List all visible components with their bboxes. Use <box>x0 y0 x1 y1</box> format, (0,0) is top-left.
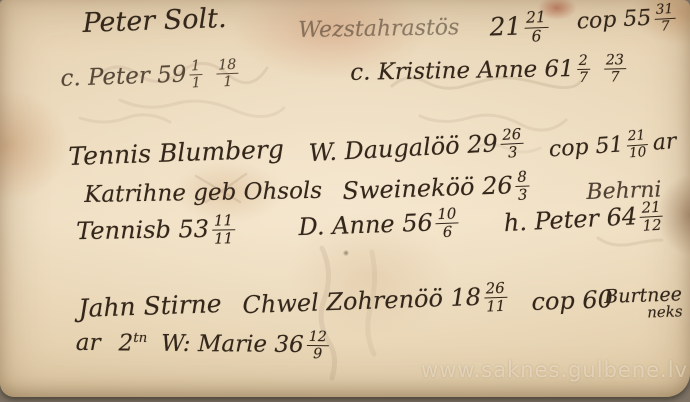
fraction: 106 <box>435 206 459 240</box>
child-record: c. Kristine Anne 6127237 <box>350 53 626 89</box>
fraction: 11 <box>189 59 203 91</box>
fraction-numerator: 11 <box>212 213 235 230</box>
place-text: Sweineköö 26 <box>342 171 513 205</box>
child-text: c. Peter 59 <box>60 61 187 91</box>
fraction: 27 <box>577 54 591 86</box>
cop-record: cop 60 <box>531 285 613 316</box>
second-wife-record: ar2tnW: Marie 36129 <box>76 328 329 362</box>
prefix-text: ar <box>76 330 101 356</box>
fraction-denominator: 12 <box>640 217 664 234</box>
fraction-numerator: 1 <box>189 59 203 76</box>
watermark: www.saknes.gulbene.lv <box>421 358 688 382</box>
fraction-numerator: 31 <box>654 3 676 20</box>
cop-text: cop 60 <box>531 285 613 316</box>
name-text: Peter Solt. <box>82 3 227 39</box>
fraction-numerator: 18 <box>216 58 239 75</box>
fraction: 83 <box>515 169 530 202</box>
wife-text: W: Marie 36 <box>161 331 304 358</box>
fraction: 181 <box>216 58 239 90</box>
wife-place-record: W. Daugalöö 29263 <box>308 127 525 171</box>
child-record: h. Peter 642112 <box>503 200 664 241</box>
occupation-text: Wezstahrastös <box>298 15 460 43</box>
ordinal-suffix: tn <box>133 331 147 346</box>
cop-suffix: ar <box>652 129 677 156</box>
fraction-denominator: 1 <box>189 75 203 91</box>
child-record: c. Peter 5911181 <box>60 58 239 96</box>
occupation: Wezstahrastös <box>298 15 460 43</box>
fraction-denominator: 1 <box>217 74 240 90</box>
fraction: 263 <box>500 127 525 161</box>
fraction-denominator: 7 <box>604 69 626 85</box>
fraction-denominator: 6 <box>436 223 459 240</box>
fraction-numerator: 8 <box>515 169 529 186</box>
fraction-denominator: 9 <box>307 346 329 361</box>
cop-record: cop 512110ar <box>548 127 677 166</box>
person-name: Jahn Stirne <box>78 289 222 323</box>
child-text: Tennisb 53 <box>76 215 209 245</box>
fraction-denominator: 11 <box>484 298 507 315</box>
fraction: 216 <box>524 10 549 45</box>
person-name: Peter Solt. <box>82 3 227 39</box>
manuscript-page: Peter Solt. Wezstahrastös 21216 cop 5531… <box>0 0 690 397</box>
fraction: 2110 <box>625 129 648 161</box>
fraction: 317 <box>654 3 677 34</box>
fraction: 2611 <box>484 281 508 315</box>
person-name: Tennis Blumberg <box>68 134 284 171</box>
number: 21 <box>489 11 522 41</box>
place-text: W. Daugalöö 29 <box>308 129 498 167</box>
cop-text: cop 55 <box>576 6 652 35</box>
fraction: 237 <box>604 53 627 85</box>
fraction-numerator: 26 <box>484 281 508 299</box>
fraction-denominator: 3 <box>501 144 525 161</box>
spouse-record: Chwel Zohrenöö 182611 <box>242 281 508 323</box>
wife-name: Katrihne geb Ohsols <box>84 178 322 208</box>
child-record: D. Anne 56106 <box>298 206 459 244</box>
child-record: Tennisb 531111 <box>76 213 235 249</box>
name-text: Tennis Blumberg <box>68 134 284 171</box>
fraction-denominator: 7 <box>577 70 590 85</box>
birth-date: 21216 <box>489 10 549 46</box>
wife-place-record: Sweineköö 2683 <box>342 169 530 208</box>
name-text: Jahn Stirne <box>78 289 222 323</box>
fraction-numerator: 21 <box>524 10 548 28</box>
fraction: 2112 <box>639 200 664 234</box>
cop-text: cop 51 <box>548 132 624 162</box>
ordinal-number: 2 <box>118 330 133 356</box>
name-text: Katrihne geb Ohsols <box>84 178 322 208</box>
fraction-denominator: 10 <box>627 145 649 161</box>
fraction: 1111 <box>212 213 236 246</box>
child-text: h. Peter 64 <box>503 202 638 237</box>
fraction-denominator: 6 <box>524 27 548 44</box>
cop-record: cop 55317 <box>576 3 676 38</box>
fraction-numerator: 23 <box>604 53 626 70</box>
fraction-numerator: 2 <box>577 54 590 70</box>
spouse-text: Chwel Zohrenöö 18 <box>242 283 481 319</box>
fraction-denominator: 7 <box>654 18 676 34</box>
origin-note: Burtnee neks <box>604 285 683 322</box>
fraction-numerator: 12 <box>307 330 329 346</box>
fraction: 129 <box>307 330 329 362</box>
fraction-denominator: 11 <box>212 230 235 246</box>
fraction-denominator: 3 <box>516 186 530 202</box>
fraction-numerator: 26 <box>500 127 524 145</box>
child-text: c. Kristine Anne 61 <box>350 56 574 86</box>
child-text: D. Anne 56 <box>298 209 433 242</box>
fraction-numerator: 10 <box>435 206 459 224</box>
